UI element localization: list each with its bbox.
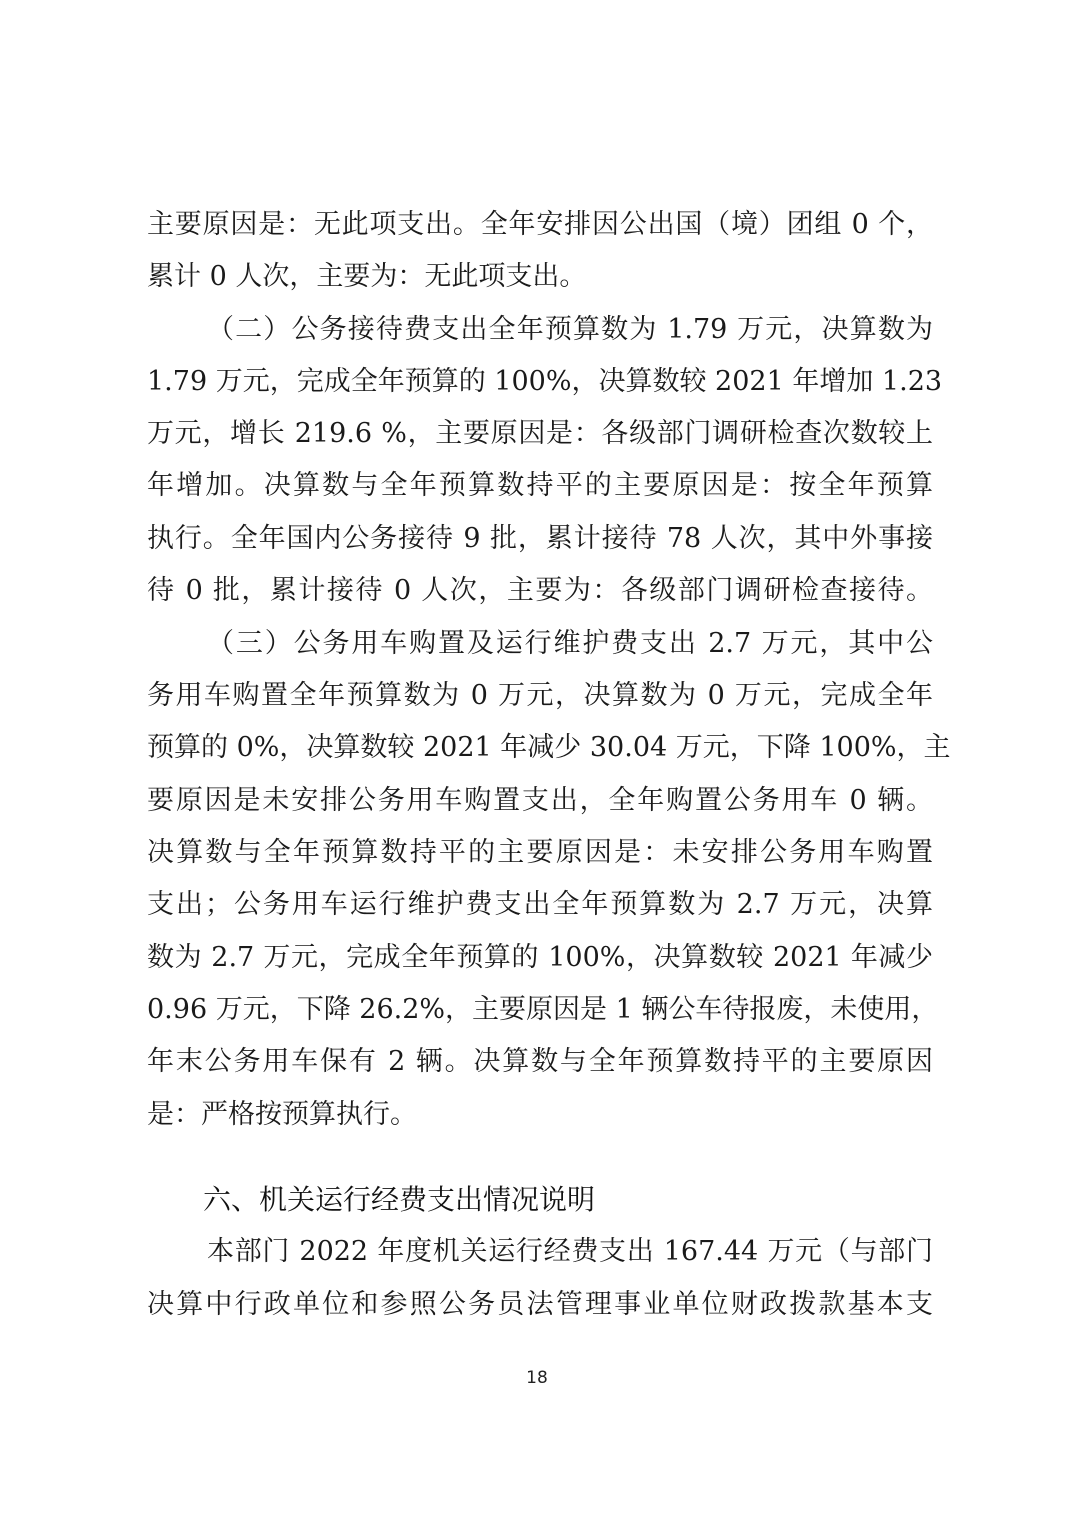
section-heading: 六、机关运行经费支出情况说明 [203, 1180, 595, 1220]
text-line: 1.79 万元，完成全年预算的 100%，决算数较 2021 年增加 1.23 [147, 362, 933, 402]
text-line: 执行。全年国内公务接待 9 批，累计接待 78 人次，其中外事接 [147, 519, 933, 559]
text-line: 是：严格按预算执行。 [147, 1095, 933, 1135]
text-line: 0.96 万元，下降 26.2%，主要原因是 1 辆公车待报废，未使用， [147, 990, 933, 1030]
text-line: 决算数与全年预算数持平的主要原因是：未安排公务用车购置 [147, 833, 933, 873]
text-line: 年末公务用车保有 2 辆。决算数与全年预算数持平的主要原因 [147, 1042, 933, 1082]
text-line: （三）公务用车购置及运行维护费支出 2.7 万元，其中公 [207, 624, 933, 664]
text-line: 本部门 2022 年度机关运行经费支出 167.44 万元（与部门 [207, 1232, 933, 1272]
text-line: 累计 0 人次，主要为：无此项支出。 [147, 257, 933, 297]
text-line: 支出；公务用车运行维护费支出全年预算数为 2.7 万元，决算 [147, 885, 933, 925]
page-number: 18 [0, 1368, 1074, 1388]
text-line: 数为 2.7 万元，完成全年预算的 100%，决算数较 2021 年减少 [147, 938, 933, 978]
text-line: 决算中行政单位和参照公务员法管理事业单位财政拨款基本支 [147, 1285, 933, 1325]
text-line: 待 0 批，累计接待 0 人次，主要为：各级部门调研检查接待。 [147, 571, 933, 611]
text-line: 万元，增长 219.6 %，主要原因是：各级部门调研检查次数较上 [147, 414, 933, 454]
text-line: 预算的 0%，决算数较 2021 年减少 30.04 万元，下降 100%，主 [147, 728, 933, 768]
text-line: 务用车购置全年预算数为 0 万元，决算数为 0 万元，完成全年 [147, 676, 933, 716]
text-line: （二）公务接待费支出全年预算数为 1.79 万元，决算数为 [207, 310, 933, 350]
text-line: 要原因是未安排公务用车购置支出，全年购置公务用车 0 辆。 [147, 781, 933, 821]
text-line: 年增加。决算数与全年预算数持平的主要原因是：按全年预算 [147, 466, 933, 506]
text-line: 主要原因是：无此项支出。全年安排因公出国（境）团组 0 个， [147, 205, 933, 245]
document-page: 主要原因是：无此项支出。全年安排因公出国（境）团组 0 个， 累计 0 人次，主… [0, 0, 1074, 1520]
